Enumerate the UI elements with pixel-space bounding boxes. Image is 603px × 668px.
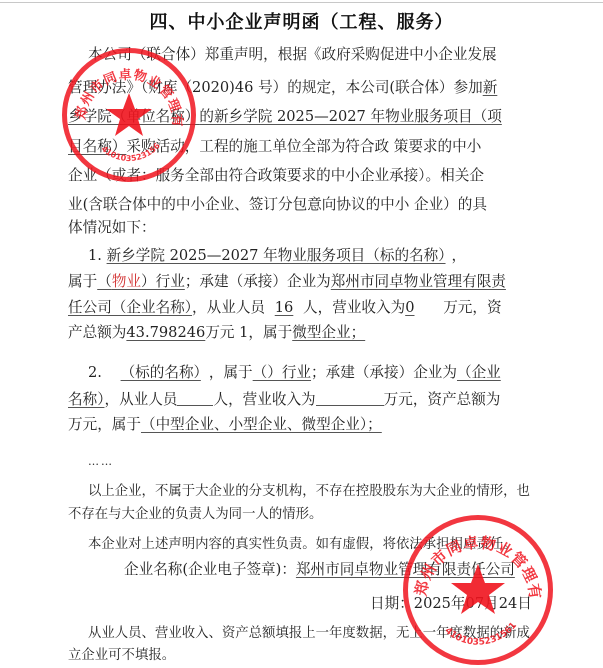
intro-text: 采购活动，工程的施工单位全部为符合政 策要求的中小 <box>126 138 481 155</box>
date-value: 2025年07月24日 <box>414 595 532 612</box>
label: 万元 1，属于 <box>205 324 292 341</box>
item-1-line-3: 任公司（企业名称），从业人员 16 人，营业收入为 0 万元，资 <box>68 298 538 318</box>
date-label: 日期： <box>370 595 414 612</box>
project-name-field: 目名称） <box>68 138 126 155</box>
revenue-field: 0 <box>405 298 443 318</box>
item-1-line-4: 产总额为43.798246万元 1，属于微型企业； <box>68 323 538 343</box>
date-line: 日期：2025年07月24日 <box>370 594 550 614</box>
unit-name-field: 乡学院（单位名称） <box>68 108 199 125</box>
label: 属于 <box>68 273 97 290</box>
assets-field: 43.798246 <box>126 324 205 341</box>
label: 产总额为 <box>68 324 126 341</box>
statement-1-line-1: 以上企业，不属于大企业的分支机构，不存在控股股东为大企业的情形，也 <box>88 482 558 502</box>
statement-2: 本企业对上述声明内容的真实性负责。如有虚假，将依法承担相应责任。 <box>88 535 558 555</box>
item-2-line-3: 万元，属于（中型企业、小型企业、微型企业）； <box>68 415 538 435</box>
intro-line-3: 乡学院（单位名称）的新乡学院 2025—2027 年物业服务项目（项 <box>68 107 538 127</box>
label: ，属于 <box>209 364 253 381</box>
intro-line-2: 管理办法》（财库（2020)46 号）的规定，本公司(联合体）参加新 <box>68 78 538 98</box>
item-1-line-2: 属于（物业）行业；承建（承接）企业为郑州市同卓物业管理有限责 <box>68 272 538 292</box>
item-2-line-1: 2. （标的名称），属于（）行业；承建（承接）企业为（企业 <box>88 363 558 383</box>
item-2-line-2: 名称），从业人员人，营业收入为万元，资产总额为 <box>68 390 538 410</box>
intro-line-5: 企业（或者：服务全部由符合政策要求的中小企业承接）。相关企 <box>68 166 538 186</box>
intro-text: 管理办法》（财库（2020)46 号）的规定，本公司(联合体）参加 <box>68 79 483 96</box>
item-1-line-1: 1. 新乡学院 2025—2027 年物业服务项目（标的名称）， <box>88 246 558 266</box>
note-line-1: 从业人员、营业收入、资产总额填报上一年度数据，无上一年度数据的新成 <box>88 624 558 644</box>
tender-name-field: 新乡学院 2025—2027 年物业服务项目（标的名称） <box>107 247 452 264</box>
unit-name-field: 新 <box>483 79 498 96</box>
intro-line-7: 体情况如下： <box>68 218 538 238</box>
intro-line-6: 业(含联合体中的中小企业、签订分包意向协议的中小 企业）的具 <box>68 195 538 215</box>
intro-line-1: 本公司（联合体）郑重声明，根据《政府采购促进中小企业发展 <box>88 45 558 65</box>
revenue-blank <box>316 390 384 406</box>
intro-line-4: 目名称）采购活动，工程的施工单位全部为符合政 策要求的中小 <box>68 137 538 157</box>
label: ；承建（承接）企业为 <box>311 364 457 381</box>
company-name-field: 名称） <box>68 391 104 408</box>
industry-field: （）行业 <box>253 364 311 381</box>
label: 万元，资 <box>443 299 501 316</box>
label: 人，营业收入为 <box>303 299 405 316</box>
page-top-border <box>0 2 603 3</box>
company-name-field: 任公司（企业名称） <box>68 299 192 316</box>
signature-label: 企业名称(企业电子签章)： <box>124 561 296 578</box>
label: ）行业 <box>141 273 185 290</box>
label: 万元，属于 <box>68 416 141 433</box>
employees-field: 16 <box>265 298 303 318</box>
statement-1-line-2: 不存在与大企业的负责人为同一人的情形。 <box>68 505 538 525</box>
tender-name-field: （标的名称） <box>107 364 209 381</box>
item-number: 2. <box>88 364 102 381</box>
note-line-2: 立企业可不填报。 <box>68 646 538 666</box>
label: 人，营业收入为 <box>213 391 315 408</box>
label: ，从业人员 <box>104 391 177 408</box>
signature-line: 企业名称(企业电子签章)：郑州市同卓物业管理有限责任公司 <box>124 560 544 580</box>
enterprise-size-field: （中型企业、小型企业、微型企业）； <box>141 416 382 433</box>
company-name-field: 郑州市同卓物业管理有限责 <box>331 273 506 290</box>
punctuation: ， <box>452 247 467 264</box>
label: ，从业人员 <box>192 299 265 316</box>
punctuation: （ <box>97 273 112 290</box>
item-number: 1. <box>88 247 102 264</box>
employees-blank <box>177 390 213 406</box>
company-name-field: （企业 <box>457 364 501 381</box>
project-name-field: 的新乡学院 2025—2027 年物业服务项目（项 <box>199 108 501 125</box>
signature-company: 郑州市同卓物业管理有限责任公司 <box>296 561 515 578</box>
ellipsis: …… <box>88 452 558 472</box>
industry-field: 物业 <box>112 273 141 290</box>
page-title: 四、中小企业声明函（工程、服务） <box>0 8 603 34</box>
intro-text: 本公司（联合体）郑重声明，根据《政府采购促进中小企业发展 <box>88 46 497 63</box>
label: ；承建（承接）企业为 <box>185 273 331 290</box>
enterprise-size-field: 微型企业； <box>292 324 365 341</box>
label: 万元，资产总额为 <box>384 391 501 408</box>
